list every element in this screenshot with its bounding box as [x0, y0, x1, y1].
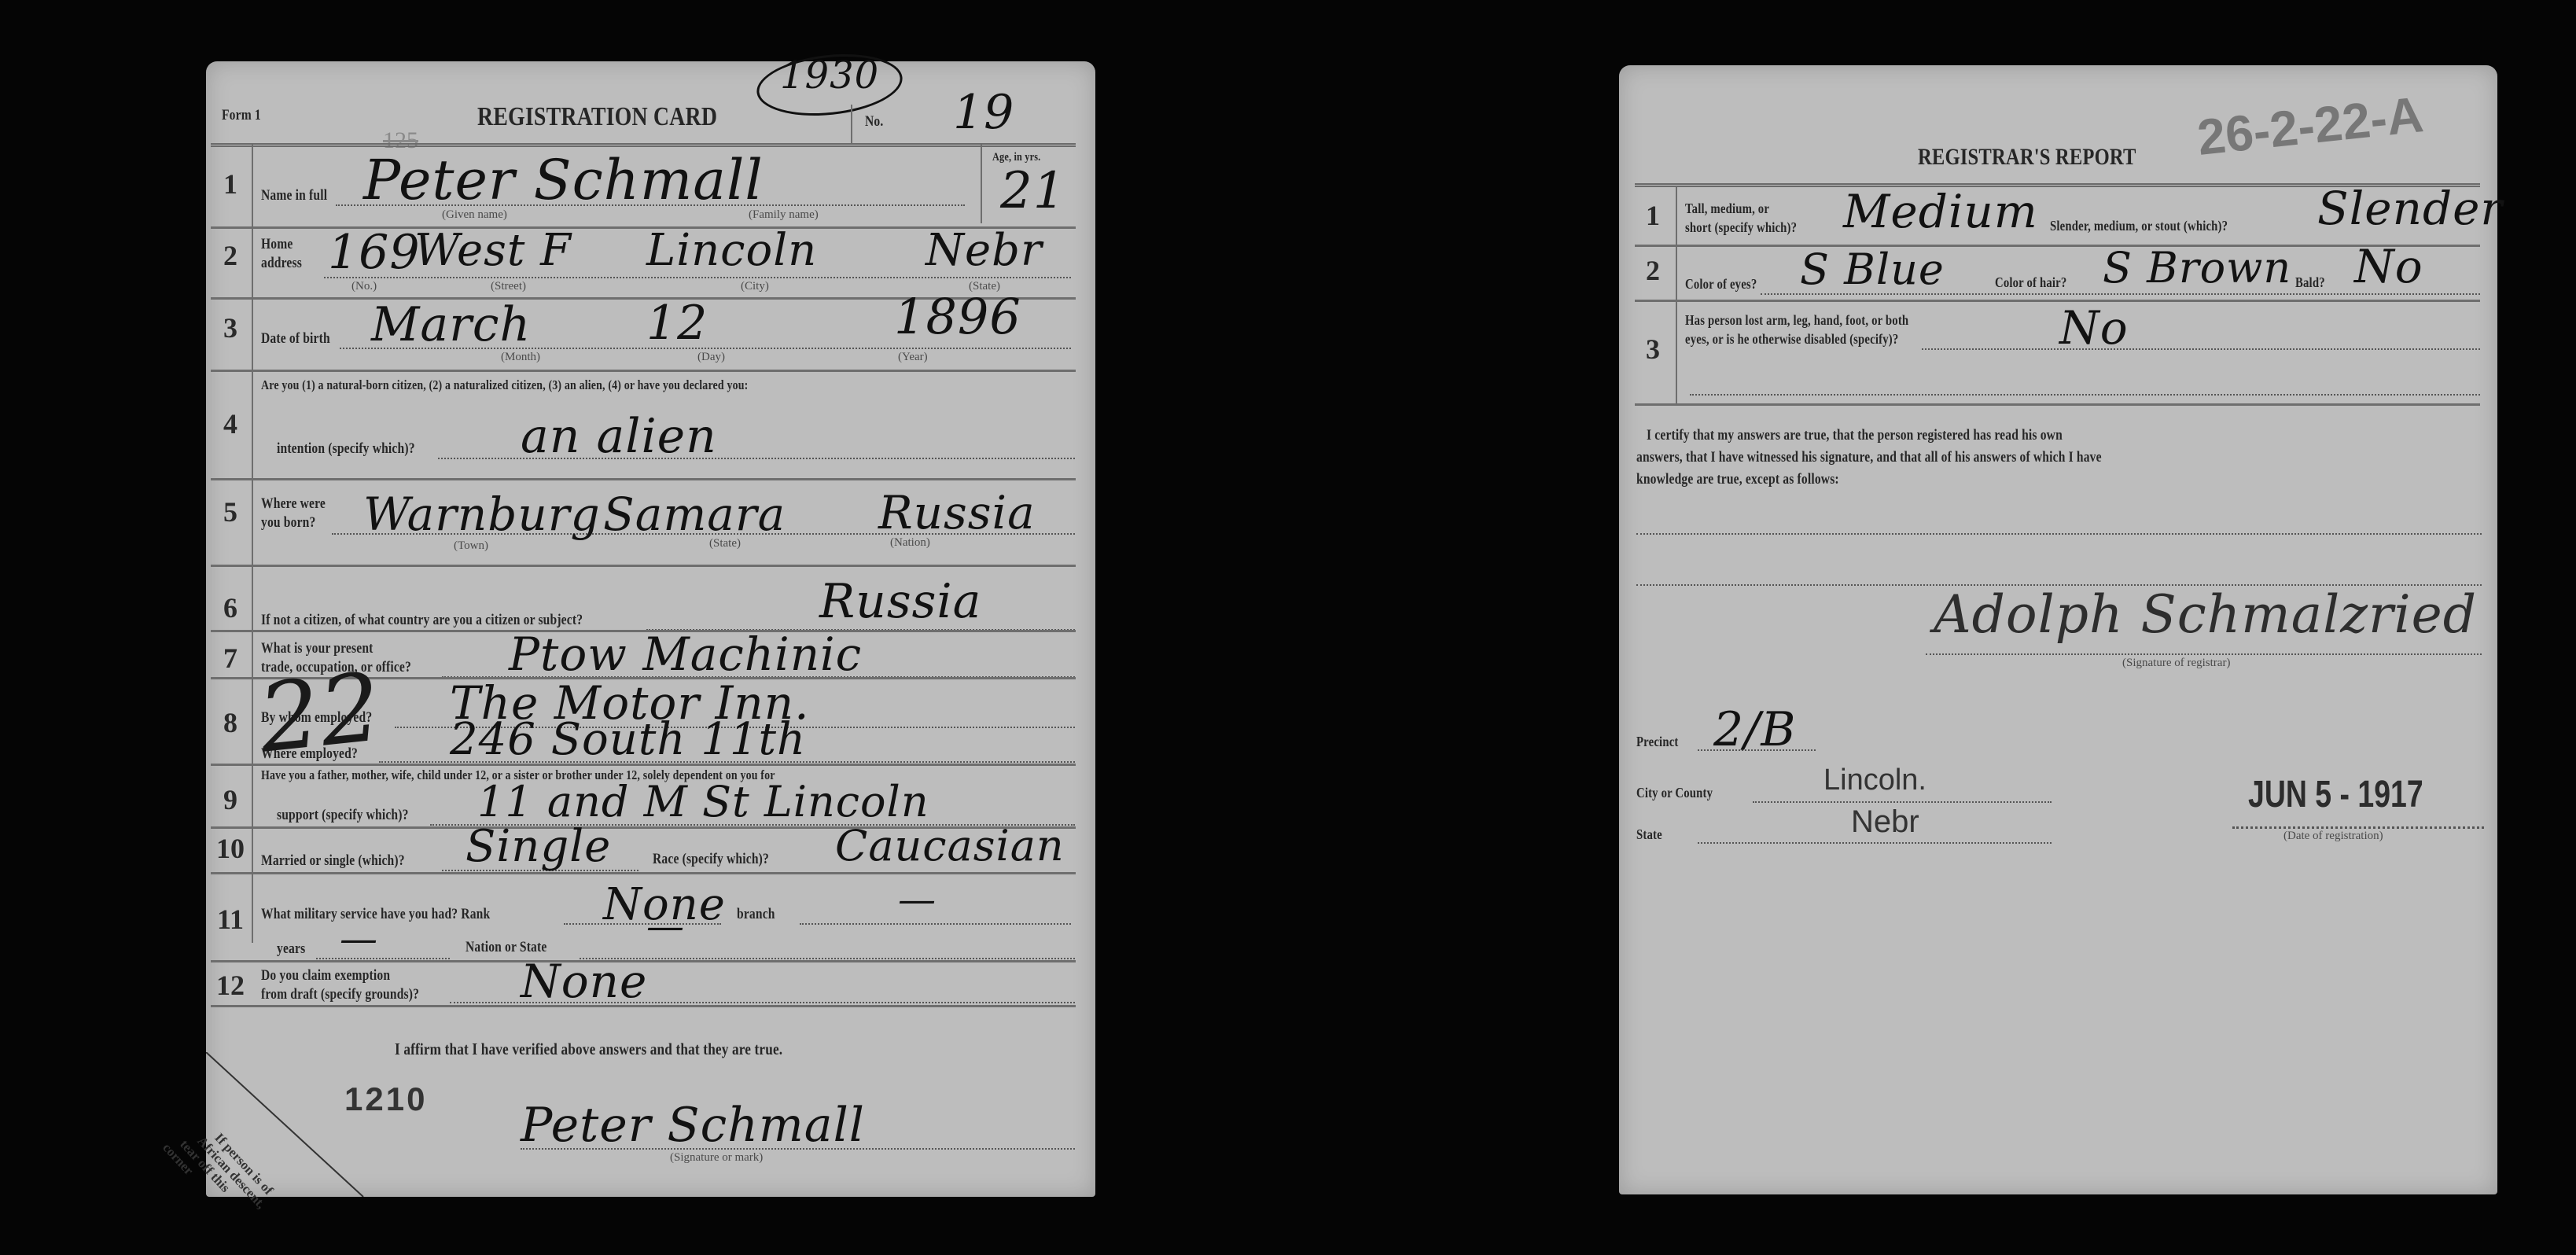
birthplace-label: you born? [261, 514, 315, 532]
row-number: 5 [211, 495, 250, 528]
name-label: Name in full [261, 187, 327, 204]
row-number: 4 [211, 407, 250, 440]
sub-label: (Given name) [442, 208, 507, 222]
divider [211, 478, 1076, 480]
hair-color-value: S Brown [2103, 243, 2291, 293]
card-number: 19 [953, 85, 1014, 140]
registration-date: JUN 5 - 1917 [2248, 773, 2423, 816]
address-label: Home [261, 236, 293, 253]
citizen-country-label: If not a citizen, of what country are yo… [261, 612, 583, 629]
birthplace-state: Samara [603, 488, 786, 541]
bald-value: No [2354, 240, 2423, 293]
exemption-label: from draft (specify grounds)? [261, 986, 419, 1003]
birthplace-town: Warnburg [363, 488, 601, 541]
sub-label: (Family name) [749, 208, 819, 222]
row-number: 9 [211, 783, 250, 816]
state-value: Nebr [1851, 804, 1919, 840]
hair-color-label: Color of hair? [1995, 274, 2066, 291]
military-years-label: years [277, 940, 305, 958]
divider [211, 764, 1076, 766]
eye-color-value: S Blue [1800, 245, 1945, 294]
certification-text: I certify that my answers are true, that… [1647, 427, 2063, 444]
military-years-value: — [340, 917, 378, 961]
dob-day: 12 [646, 296, 708, 351]
row-number: 3 [1633, 333, 1673, 366]
address-city: Lincoln [646, 225, 817, 276]
divider [1922, 348, 2480, 350]
row-number: 11 [211, 903, 250, 936]
divider [1926, 653, 2482, 655]
divider [1761, 293, 2480, 295]
disability-value: No [2059, 301, 2129, 355]
divider [324, 277, 1071, 278]
citizenship-value: an alien [521, 409, 717, 464]
registration-card: Form 1 125 REGISTRATION CARD 1930 No. 19… [206, 61, 1095, 1197]
dependents-value: 11 and M St Lincoln [477, 777, 929, 826]
eye-color-label: Color of eyes? [1685, 276, 1757, 293]
exemption-label: Do you claim exemption [261, 967, 390, 984]
occupation-value: Ptow Machinic [509, 627, 862, 681]
divider [1635, 245, 2480, 247]
divider [2232, 826, 2484, 829]
no-label: No. [865, 113, 883, 131]
row-number: 8 [211, 706, 250, 739]
state-label: State [1636, 826, 1662, 843]
sub-label: (City) [741, 280, 769, 293]
precinct-label: Precinct [1636, 734, 1678, 750]
birthplace-nation: Russia [878, 486, 1036, 539]
divider [580, 958, 1075, 959]
form-label: Form 1 [222, 107, 261, 124]
row-number: 3 [211, 311, 250, 344]
sub-label: (Day) [697, 351, 725, 364]
military-nation-label: Nation or State [466, 939, 546, 956]
name-value: Peter Schmall [363, 148, 764, 212]
sub-label: (No.) [351, 280, 377, 293]
bald-label: Bald? [2295, 274, 2325, 291]
address-state: Nebr [926, 225, 1043, 276]
divider [1635, 403, 2480, 406]
city-label: City or County [1636, 785, 1713, 801]
row-number: 2 [1633, 254, 1673, 287]
divider [316, 958, 450, 959]
build-label: Slender, medium, or stout (which)? [2050, 218, 2228, 234]
row-number: 7 [211, 642, 250, 675]
citizenship-label: intention (specify which)? [277, 440, 415, 458]
military-branch-label: branch [737, 906, 775, 923]
military-branch-value: — [898, 878, 937, 922]
military-nation-value: — [646, 904, 685, 948]
registrant-signature: Peter Schmall [521, 1098, 865, 1153]
registration-date-label: (Date of registration) [2283, 830, 2383, 843]
divider [252, 145, 253, 943]
age-value: 21 [1000, 162, 1065, 220]
race-label: Race (specify which)? [653, 851, 769, 868]
row-number: 2 [211, 239, 250, 272]
row-number: 10 [211, 832, 250, 865]
divider [211, 370, 1076, 372]
address-street: West F [414, 225, 572, 276]
divider [1636, 533, 2482, 535]
sub-label: (Town) [454, 539, 488, 553]
divider [1698, 842, 2052, 844]
disability-label: eyes, or is he otherwise disabled (speci… [1685, 331, 1898, 348]
sub-label: (Year) [898, 351, 928, 364]
divider [211, 565, 1076, 567]
registrars-report-card: REGISTRAR'S REPORT 26-2-22-A 1 Tall, med… [1619, 65, 2497, 1194]
divider [1635, 300, 2480, 302]
registrar-signature: Adolph Schmalzried [1934, 584, 2477, 645]
address-label: address [261, 255, 302, 272]
report-title: REGISTRAR'S REPORT [1918, 144, 2136, 171]
build-value: Slender [2317, 182, 2503, 235]
divider [211, 872, 1076, 874]
city-value: Lincoln. [1823, 764, 1926, 797]
overlay-mark: 22 [254, 653, 386, 774]
dependents-label: support (specify which)? [277, 807, 409, 824]
height-value: Medium [1843, 185, 2038, 238]
row-number: 1 [211, 167, 250, 201]
signature-label: (Signature or mark) [670, 1151, 763, 1165]
exemption-value: None [521, 955, 647, 1008]
precinct-value: 2/B [1713, 702, 1796, 757]
disability-label: Has person lost arm, leg, hand, foot, or… [1685, 312, 1908, 329]
registrar-signature-label: (Signature of registrar) [2122, 657, 2230, 670]
divider [211, 1005, 1076, 1007]
marital-label: Married or single (which)? [261, 852, 405, 870]
divider [521, 1148, 1075, 1150]
sub-label: (Street) [491, 280, 526, 293]
divider [1676, 187, 1677, 403]
divider [851, 105, 852, 144]
card-title: REGISTRATION CARD [477, 102, 717, 132]
sub-label: (Nation) [890, 536, 930, 550]
divider [1690, 394, 2480, 396]
affirmation-text: I affirm that I have verified above answ… [395, 1040, 782, 1059]
height-label: short (specify which)? [1685, 219, 1797, 236]
marital-value: Single [466, 821, 611, 872]
dob-month: March [371, 297, 531, 352]
divider [211, 143, 1076, 147]
sub-label: (State) [709, 537, 741, 550]
row-number: 6 [211, 591, 250, 624]
divider [800, 923, 1071, 925]
divider [981, 145, 982, 223]
dob-label: Date of birth [261, 330, 330, 348]
row-number: 12 [211, 969, 250, 1002]
race-value: Caucasian [835, 821, 1065, 870]
report-stamp-code: 26-2-22-A [2195, 85, 2426, 167]
dob-year: 1896 [894, 288, 1021, 345]
citizenship-question: Are you (1) a natural-born citizen, (2) … [261, 377, 748, 393]
row-number: 1 [1633, 199, 1673, 232]
birthplace-label: Where were [261, 495, 326, 513]
sub-label: (Month) [501, 351, 540, 364]
serial-number: 1930 [780, 53, 879, 98]
height-label: Tall, medium, or [1685, 201, 1769, 217]
address-number: 169 [328, 225, 421, 280]
employer-location-value: 246 South 11th [450, 714, 806, 765]
divider [1753, 801, 2052, 803]
citizen-country-value: Russia [819, 574, 981, 629]
certification-text: answers, that I have witnessed his signa… [1636, 449, 2102, 466]
certification-text: knowledge are true, except as follows: [1636, 471, 1839, 488]
